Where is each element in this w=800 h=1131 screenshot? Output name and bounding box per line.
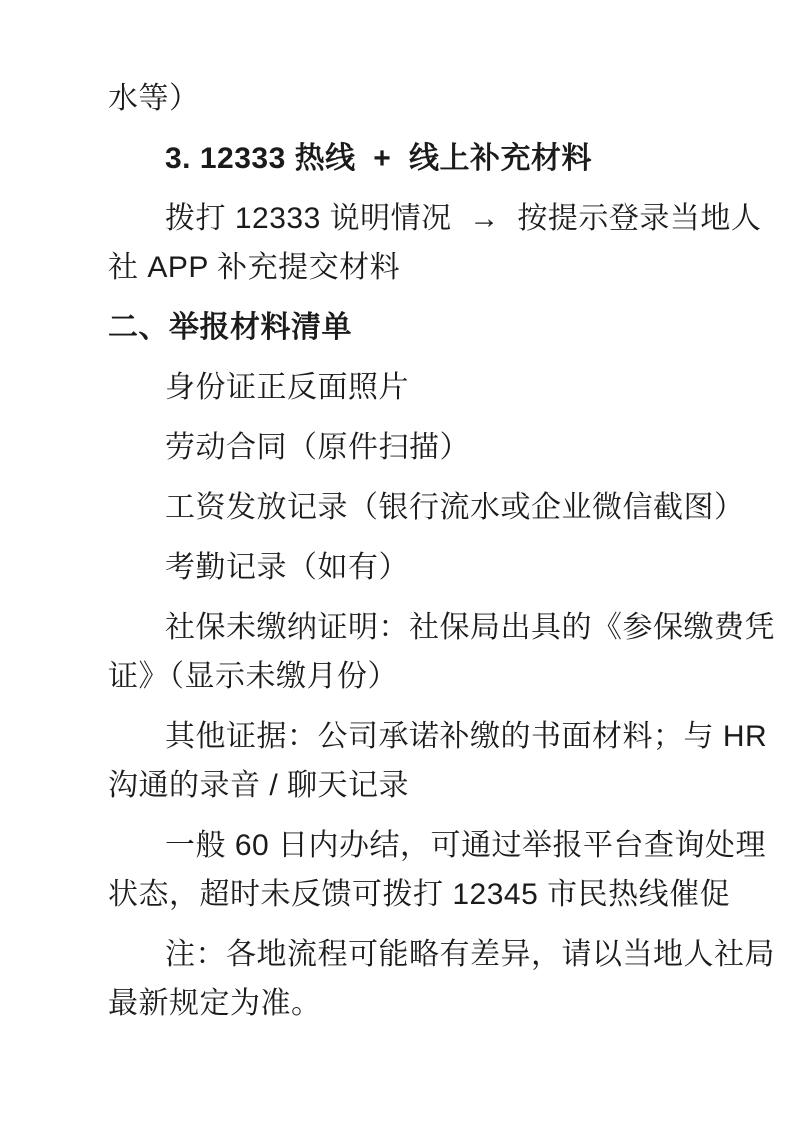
list-item-attendance-records: 考勤记录（如有）: [108, 543, 710, 592]
heading-section-2-report-materials: 二、举报材料清单: [108, 303, 710, 352]
paragraph-continuation-water-etc: 水等）: [108, 74, 710, 123]
paragraph-processing-time: 一般 60 日内办结，可通过举报平台查询处理 状态，超时未反馈可拨打 12345…: [108, 821, 710, 919]
list-item-other-evidence: 其他证据：公司承诺补缴的书面材料；与 HR 沟通的录音 / 聊天记录: [108, 712, 710, 810]
list-item-social-security-nonpayment-proof: 社保未缴纳证明：社保局出具的《参保缴费凭 证》（显示未缴月份）: [108, 603, 710, 701]
list-item-id-card-photos: 身份证正反面照片: [108, 363, 710, 412]
paragraph-method-3-steps: 拨打 12333 说明情况 → 按提示登录当地人 社 APP 补充提交材料: [108, 194, 710, 292]
heading-method-3-hotline: 3. 12333 热线 + 线上补充材料: [108, 134, 710, 183]
document-page: 水等） 3. 12333 热线 + 线上补充材料 拨打 12333 说明情况 →…: [0, 0, 800, 1131]
list-item-salary-payment-records: 工资发放记录（银行流水或企业微信截图）: [108, 483, 710, 532]
paragraph-note-local-rules: 注：各地流程可能略有差异，请以当地人社局 最新规定为准。: [108, 930, 710, 1028]
list-item-labor-contract: 劳动合同（原件扫描）: [108, 423, 710, 472]
